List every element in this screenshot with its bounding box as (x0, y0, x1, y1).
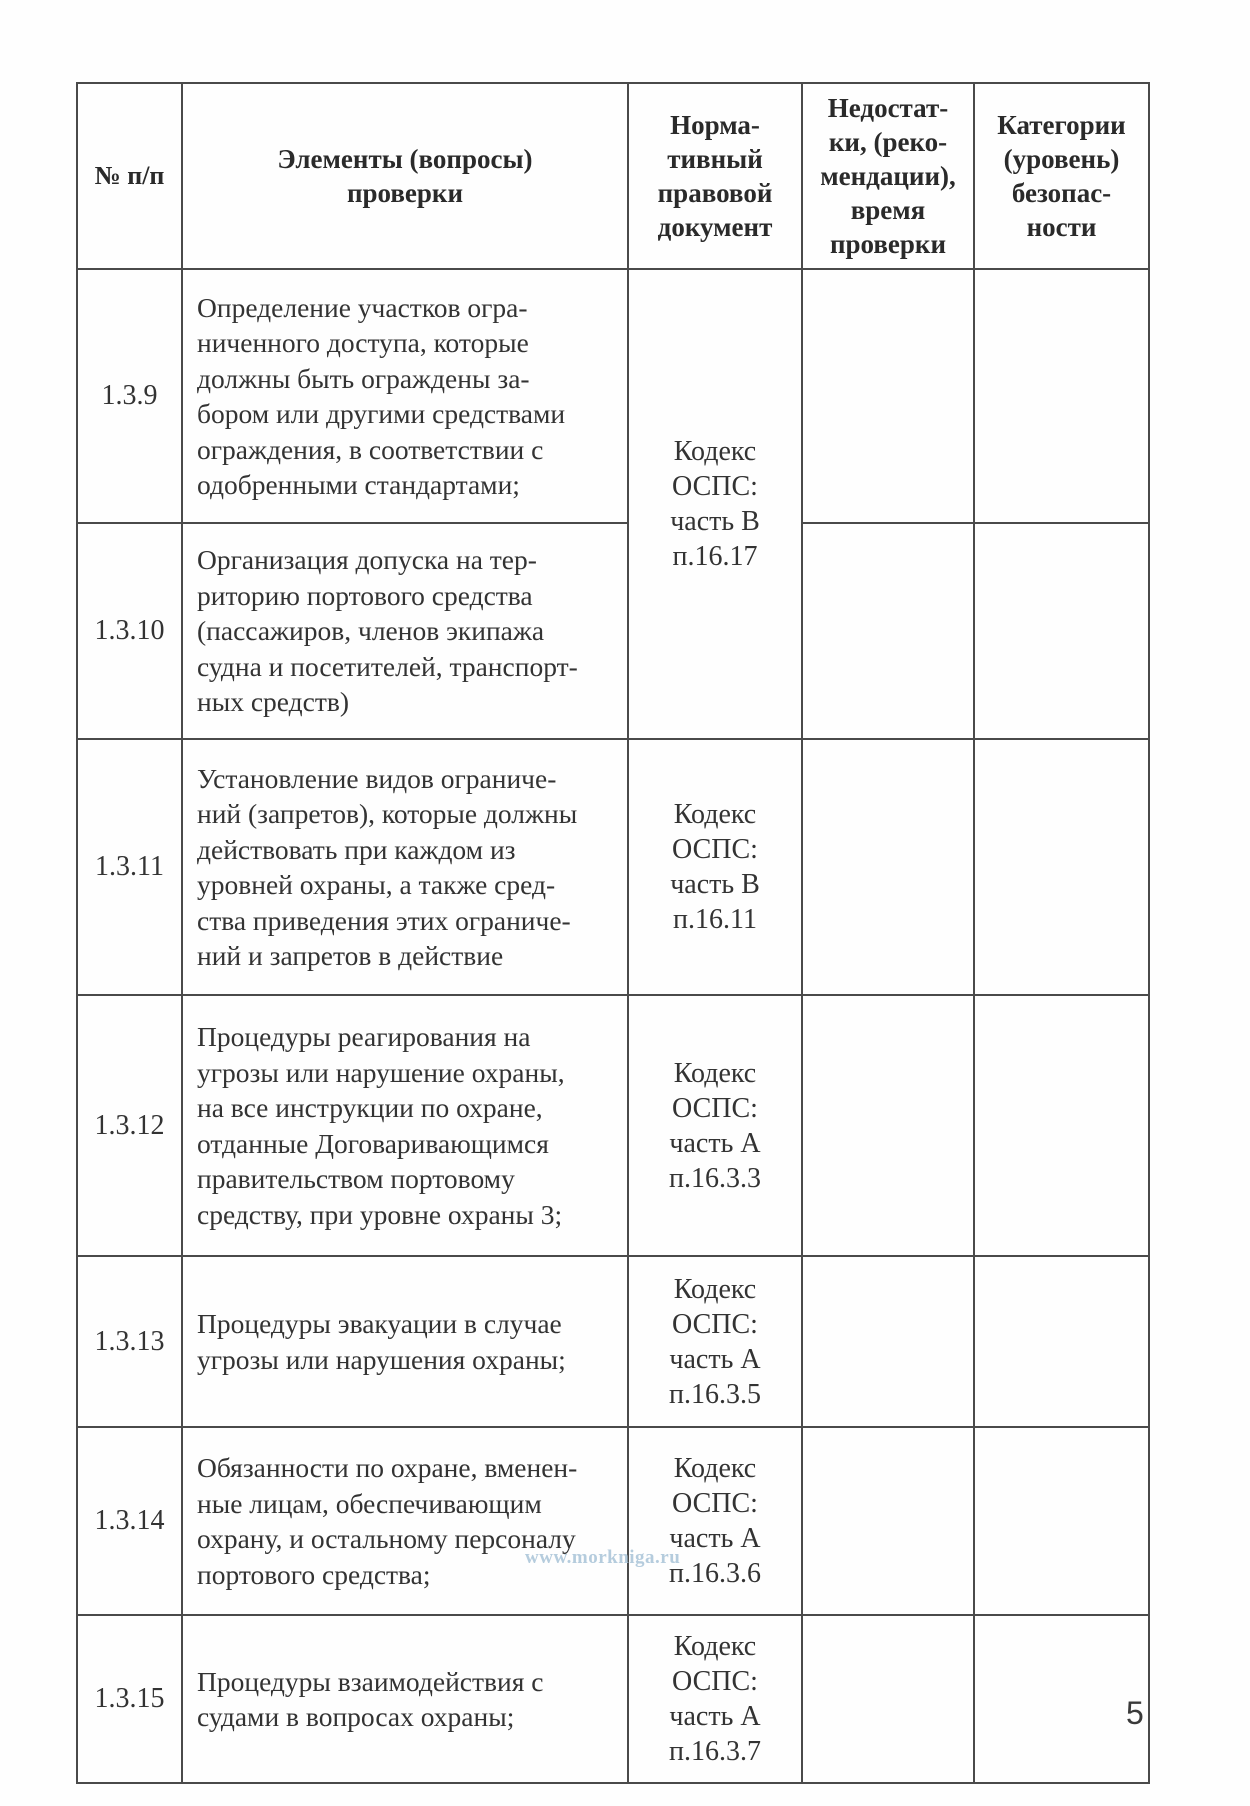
table-row: 1.3.9 Определение участков огра- ниченно… (77, 269, 1149, 523)
row-normative-document: Кодекс ОСПС: часть А п.16.3.7 (628, 1615, 802, 1783)
row-element: Определение участков огра- ниченного дос… (182, 269, 628, 523)
row-normative-document: Кодекс ОСПС: часть В п.16.17 (628, 269, 802, 739)
table-row: 1.3.10 Организация допуска на тер- ритор… (77, 523, 1149, 739)
row-category-cell[interactable] (974, 269, 1149, 523)
table-row: 1.3.13 Процедуры эвакуации в случае угро… (77, 1256, 1149, 1427)
row-deficiencies-cell[interactable] (802, 523, 974, 739)
header-number: № п/п (77, 83, 182, 269)
row-category-cell[interactable] (974, 739, 1149, 995)
row-category-cell[interactable] (974, 1615, 1149, 1783)
row-deficiencies-cell[interactable] (802, 1615, 974, 1783)
row-element: Процедуры реагирования на угрозы или нар… (182, 995, 628, 1256)
row-category-cell[interactable] (974, 1256, 1149, 1427)
row-number: 1.3.11 (77, 739, 182, 995)
watermark: www.morkniga.ru (525, 1547, 680, 1569)
row-number: 1.3.12 (77, 995, 182, 1256)
row-number: 1.3.10 (77, 523, 182, 739)
row-normative-document: Кодекс ОСПС: часть А п.16.3.6 (628, 1427, 802, 1615)
row-deficiencies-cell[interactable] (802, 1427, 974, 1615)
table-header-row: № п/п Элементы (вопросы) проверки Норма-… (77, 83, 1149, 269)
table-row: 1.3.11 Установление видов ограниче- ний … (77, 739, 1149, 995)
row-element: Обязанности по охране, вменен- ные лицам… (182, 1427, 628, 1615)
document-page: № п/п Элементы (вопросы) проверки Норма-… (0, 0, 1250, 1806)
row-normative-document: Кодекс ОСПС: часть А п.16.3.5 (628, 1256, 802, 1427)
row-deficiencies-cell[interactable] (802, 995, 974, 1256)
row-deficiencies-cell[interactable] (802, 739, 974, 995)
row-element: Процедуры взаимодействия с судами в вопр… (182, 1615, 628, 1783)
row-element: Организация допуска на тер- риторию порт… (182, 523, 628, 739)
row-number: 1.3.13 (77, 1256, 182, 1427)
table-row: 1.3.14 Обязанности по охране, вменен- ны… (77, 1427, 1149, 1615)
row-element: Установление видов ограниче- ний (запрет… (182, 739, 628, 995)
row-deficiencies-cell[interactable] (802, 1256, 974, 1427)
page-number: 5 (1126, 1695, 1144, 1732)
header-safety-category: Категории (уровень) безопас- ности (974, 83, 1149, 269)
row-category-cell[interactable] (974, 1427, 1149, 1615)
header-elements: Элементы (вопросы) проверки (182, 83, 628, 269)
inspection-checklist-table: № п/п Элементы (вопросы) проверки Норма-… (76, 82, 1150, 1784)
row-deficiencies-cell[interactable] (802, 269, 974, 523)
row-number: 1.3.9 (77, 269, 182, 523)
row-category-cell[interactable] (974, 995, 1149, 1256)
row-number: 1.3.14 (77, 1427, 182, 1615)
row-normative-document: Кодекс ОСПС: часть В п.16.11 (628, 739, 802, 995)
header-deficiencies: Недостат- ки, (реко- мендации), время пр… (802, 83, 974, 269)
row-element: Процедуры эвакуации в случае угрозы или … (182, 1256, 628, 1427)
row-normative-document: Кодекс ОСПС: часть А п.16.3.3 (628, 995, 802, 1256)
row-number: 1.3.15 (77, 1615, 182, 1783)
table-row: 1.3.12 Процедуры реагирования на угрозы … (77, 995, 1149, 1256)
table-row: 1.3.15 Процедуры взаимодействия с судами… (77, 1615, 1149, 1783)
row-category-cell[interactable] (974, 523, 1149, 739)
header-normative-document: Норма- тивный правовой документ (628, 83, 802, 269)
